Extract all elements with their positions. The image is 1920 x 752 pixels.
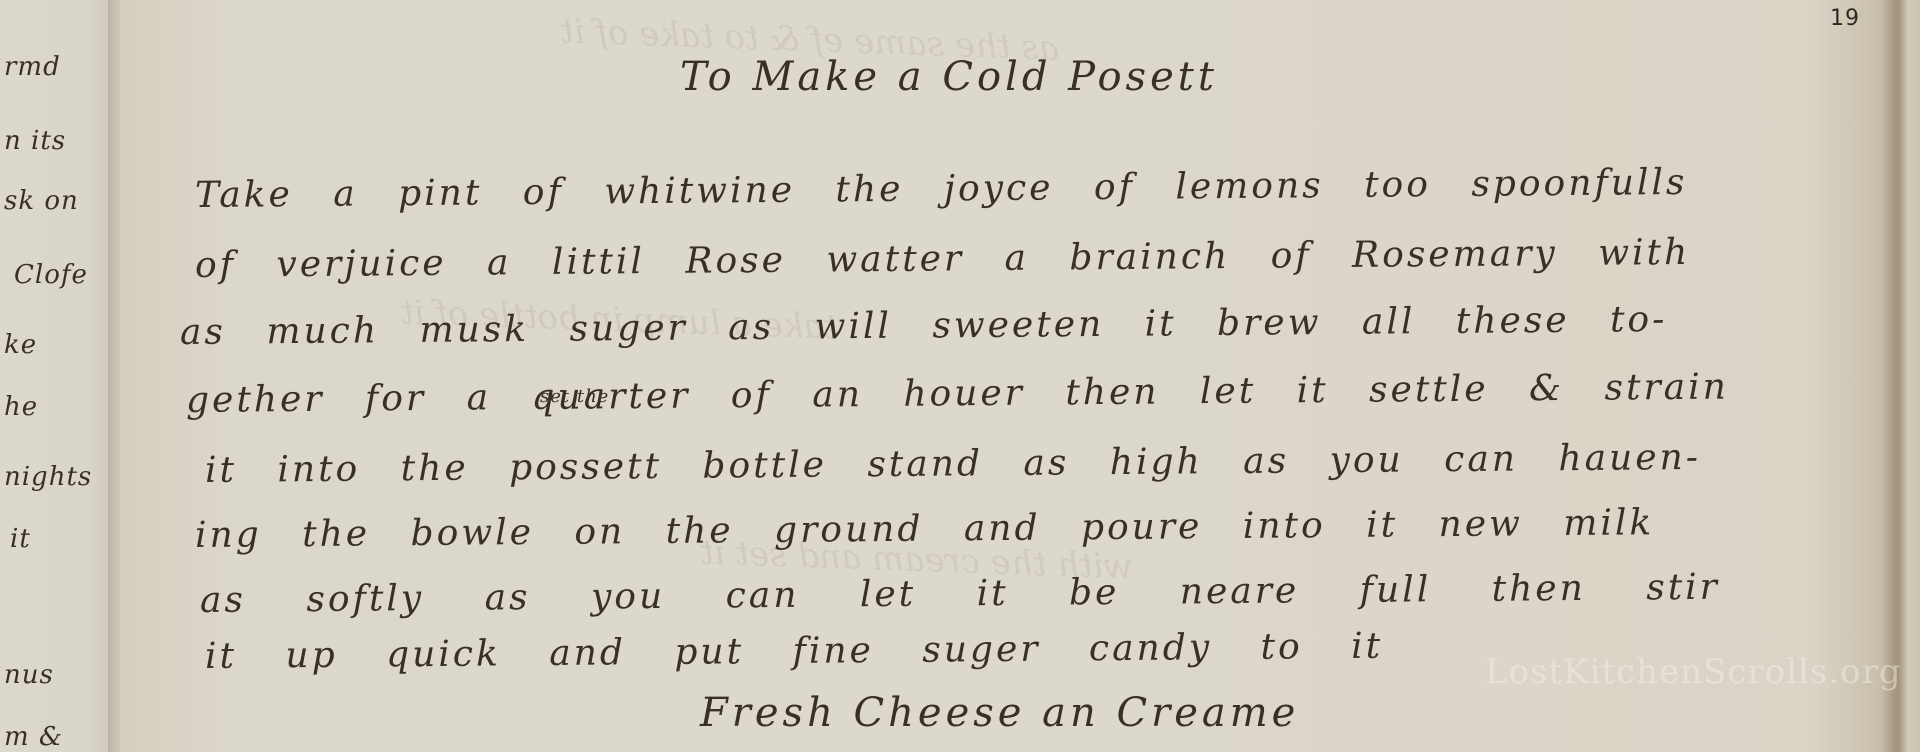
left-page-fragment: m & bbox=[4, 722, 63, 752]
left-page: rmd n its sk on Clofe ke he nights it nu… bbox=[0, 0, 112, 752]
page-edge-shadow bbox=[1880, 0, 1920, 752]
left-page-fragment: it bbox=[10, 524, 31, 554]
left-page-fragment: he bbox=[4, 392, 38, 422]
left-page-fragment: rmd bbox=[4, 52, 61, 82]
left-page-fragment: nus bbox=[4, 660, 54, 690]
watermark: LostKitchenScrolls.org bbox=[1485, 652, 1902, 692]
left-page-fragment: nights bbox=[4, 462, 92, 492]
left-page-fragment: n its bbox=[4, 126, 66, 156]
left-page-fragment: sk on bbox=[4, 186, 79, 216]
page-number: 19 bbox=[1830, 6, 1860, 31]
recipe-title: To Make a Cold Posett bbox=[680, 54, 1218, 100]
left-page-fragment: ke bbox=[4, 330, 37, 360]
recipe-insertion: set the bbox=[540, 386, 609, 407]
left-page-fragment: Clofe bbox=[14, 260, 88, 290]
next-recipe-title: Fresh Cheese an Creame bbox=[700, 690, 1299, 736]
